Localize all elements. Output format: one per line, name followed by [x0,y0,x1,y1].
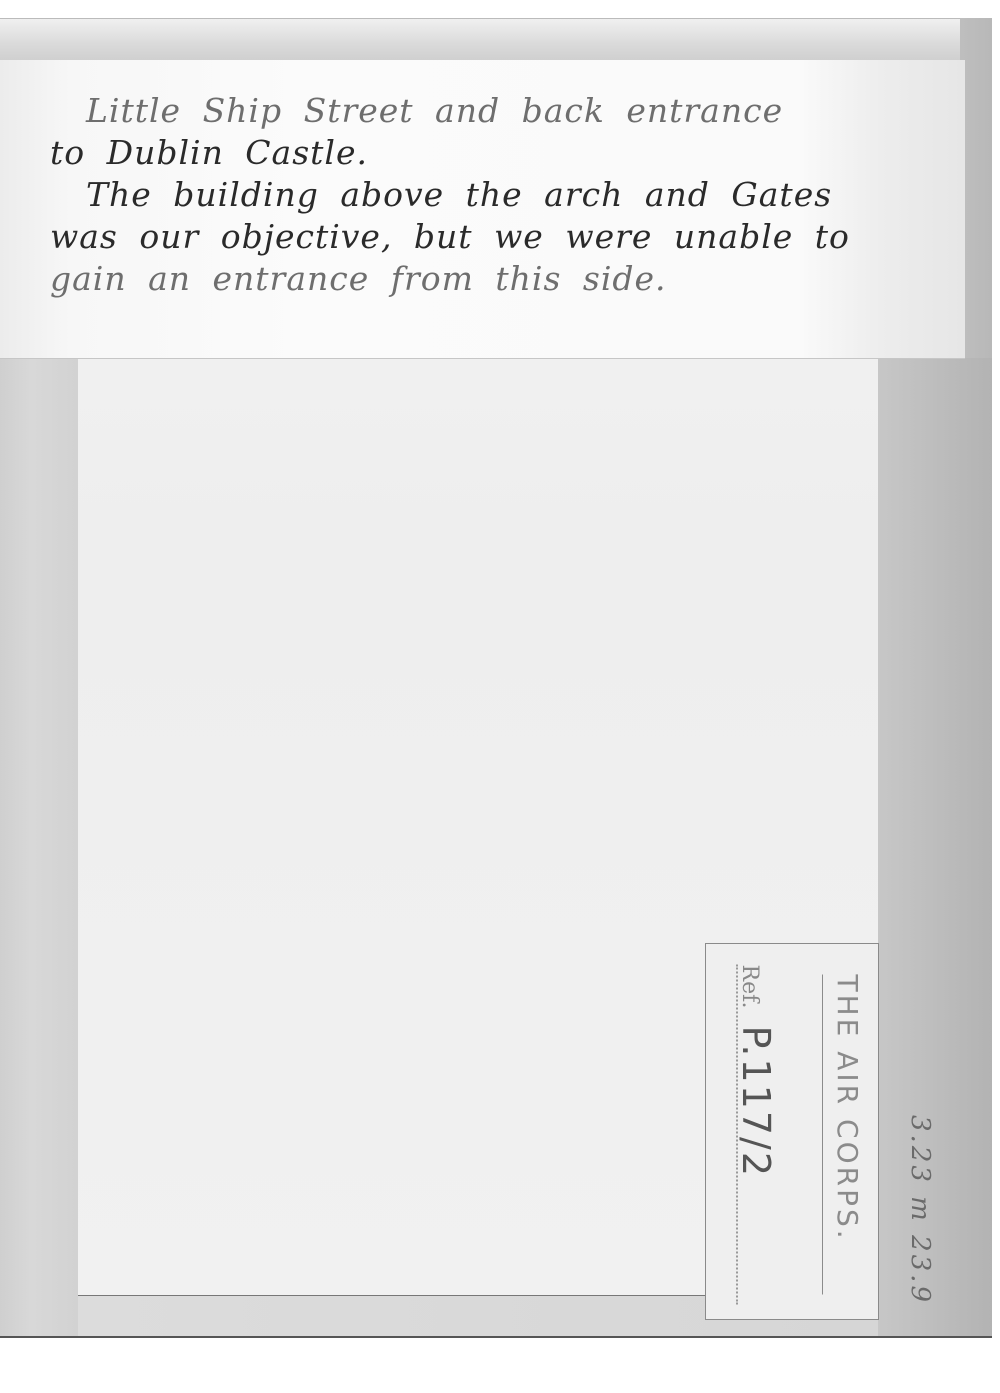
envelope-flap [0,18,960,61]
caption-label: Little Ship Street and back entrance to … [0,60,965,359]
handwritten-caption: Little Ship Street and back entrance to … [50,90,930,300]
pencil-notation-text: 3.23 m 23.9 [905,1115,935,1305]
caption-line-5: gain an entrance from this side. [50,258,930,300]
archive-stamp: THE AIR CORPS. Ref. P.117/2 [705,943,879,1320]
caption-line-3: The building above the arch and Gates [50,174,930,216]
stamp-ref-value: P.117/2 [734,1025,778,1178]
stamp-reference: Ref. P.117/2 [736,964,778,1304]
caption-line-4: was our objective, but we were unable to [50,216,930,258]
caption-line-1: Little Ship Street and back entrance [50,90,930,132]
caption-line-2: to Dublin Castle. [50,132,930,174]
pencil-notation: 3.23 m 23.9 [900,1060,940,1360]
stamp-ref-label: Ref. [737,964,762,1008]
envelope-left-band [0,358,78,1336]
stamp-organization: THE AIR CORPS. [822,974,864,1294]
